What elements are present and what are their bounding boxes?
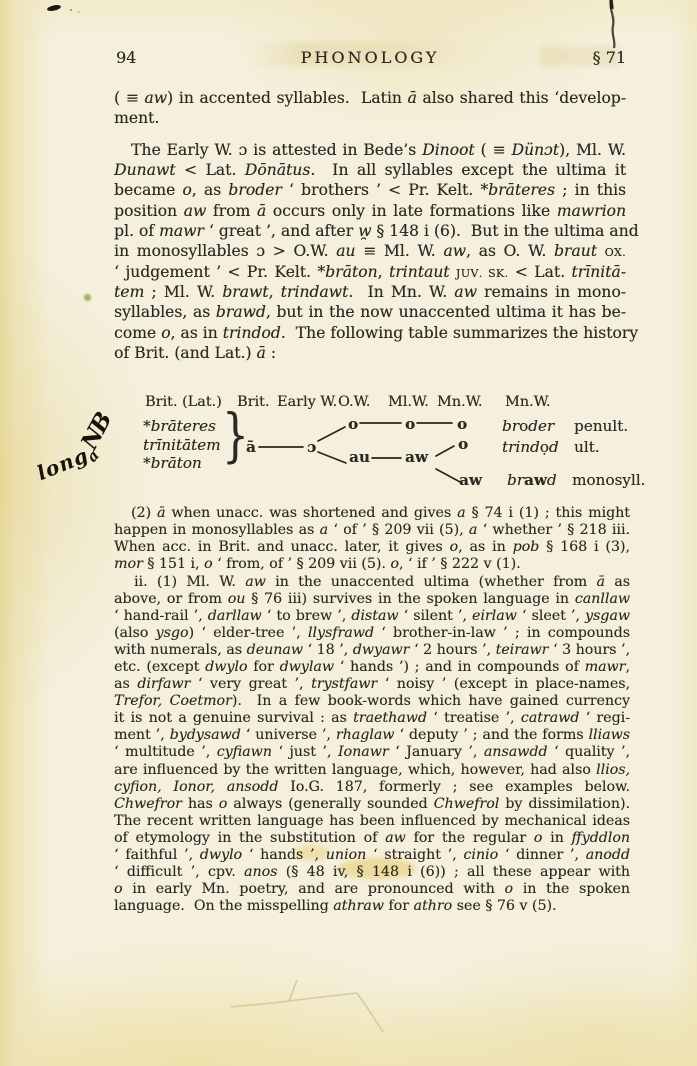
diagram-col-header: Ml.W. [388, 395, 429, 410]
text-line: mor § 151 i, o ‘ from, of ’ § 209 vii (5… [114, 556, 630, 573]
note-paragraph-2: (2) ā when unacc. was shortened and give… [114, 505, 630, 573]
text-line: with numerals, as deunaw ‘ 18 ’, dwyawr … [114, 642, 630, 659]
result-word: broder [502, 419, 554, 434]
running-title: PHONOLOGY [114, 48, 626, 67]
bottom-crease-mark [231, 980, 383, 1032]
node-early-o: ɔ [307, 440, 316, 455]
diagram-col-header: Mn.W. [505, 395, 550, 410]
text-line: Chwefror has o always (generally sounded… [114, 796, 630, 813]
text-line: o in early Mn. poetry, and are pronounce… [114, 881, 630, 898]
note-paragraph-ii: ii. (1) Ml. W. aw in the unaccented ulti… [114, 574, 630, 916]
text-line: in monosyllables ɔ > O.W. au ≡ Ml. W. aw… [114, 241, 626, 261]
text-line: ‘ judgement ’ < Pr. Kelt. *brāton, trint… [114, 262, 626, 282]
text-line: above, or from ou § 76 iii) survives in … [114, 591, 630, 608]
result-note: ult. [574, 440, 600, 455]
text-line: ‘ multitude ’, cyfiawn ‘ just ’, Ionawr … [114, 744, 630, 761]
result-note: penult. [574, 419, 628, 434]
text-line: ( ≡ aw) in accented syllables. Latin ā a… [114, 88, 626, 108]
diagram-col-header: Early W. [277, 395, 337, 410]
text-line: tem ; Ml. W. brawt, trindawt. In Mn. W. … [114, 282, 626, 302]
text-line: The recent written language has been inf… [114, 813, 630, 830]
node-mnw-aw: aw [459, 473, 482, 488]
text-line: ‘ faithful ’, dwylo ‘ hands ’, union ‘ s… [114, 847, 630, 864]
text-line: Trefor, Coetmor). In a few book-words wh… [114, 693, 630, 710]
ink-speck [78, 11, 80, 13]
sound-change-diagram: Brit. (Lat.) Brit. Early W. O.W. Ml.W. M… [0, 393, 697, 511]
main-paragraph-1: ( ≡ aw) in accented syllables. Latin ā a… [114, 88, 626, 129]
text-line: syllables, as brawd, but in the now unac… [114, 302, 626, 322]
text-line: cyfion, Ionor, ansodd Io.G. 187, formerl… [114, 779, 630, 796]
text-line: ment. [114, 108, 626, 128]
text-line: come o, as in trindod. The following tab… [114, 323, 626, 343]
diagram-col-header: Brit. (Lat.) [145, 395, 222, 410]
text-line: When acc. in Brit. and unacc. later, it … [114, 539, 630, 556]
text-line: etc. (except dwylo for dwylaw ‘ hands ’)… [114, 659, 630, 676]
text-line: ‘ hand-rail ’, darllaw ‘ to brew ’, dist… [114, 608, 630, 625]
text-line: as dirfawr ‘ very great ’, trystfawr ‘ n… [114, 676, 630, 693]
text-line: position aw from ā occurs only in late f… [114, 201, 626, 221]
node-ow-au: au [349, 450, 370, 465]
source-word: *brāteres [143, 419, 216, 434]
text-line: The Early W. ɔ is attested in Bede’s Din… [114, 140, 626, 160]
text-line: happen in monosyllables as a ‘ of ’ § 20… [114, 522, 630, 539]
text-line: are influenced by the written language, … [114, 762, 630, 779]
main-paragraph-2: The Early W. ɔ is attested in Bede’s Din… [114, 140, 626, 364]
crease-crack-mark [611, 0, 612, 9]
text-line: pl. of mawr ‘ great ’, and after w̯ § 14… [114, 221, 626, 241]
text-line: ‘ difficult ’, cpv. anos (§ 48 iv, § 148… [114, 864, 630, 881]
ink-speck [47, 4, 62, 12]
text-line: it is not a genuine survival : as traeth… [114, 710, 630, 727]
text-line: language. On the misspelling athraw for … [114, 898, 630, 915]
text-line: (2) ā when unacc. was shortened and give… [114, 505, 630, 522]
diagram-col-header: Mn.W. [437, 395, 482, 410]
diagram-col-header: O.W. [338, 395, 370, 410]
page-header: 94 PHONOLOGY § 71 [114, 48, 626, 70]
right-brace-glyph: } [222, 406, 249, 464]
node-mlw-aw: aw [405, 450, 428, 465]
text-line: ment ’, bydysawd ‘ universe ’, rhaglaw ‘… [114, 727, 630, 744]
source-word: trīnitātem [143, 438, 221, 453]
text-line: of etymology in the substitution of aw f… [114, 830, 630, 847]
node-ow-o: o [348, 417, 358, 432]
text-line: of Brit. (and Lat.) ā : [114, 343, 626, 363]
result-word: brawd [507, 473, 557, 488]
node-mnw-o2: o [458, 437, 468, 452]
text-line: ii. (1) Ml. W. aw in the unaccented ulti… [114, 574, 630, 591]
text-line: (also ysgo) ‘ elder-tree ’, llysfrawd ‘ … [114, 625, 630, 642]
book-page: 94 PHONOLOGY § 71 ( ≡ aw) in accented sy… [0, 0, 697, 1066]
text-line: Dunawt < Lat. Dōnātus. In all syllables … [114, 160, 626, 180]
section-ref: § 71 [593, 48, 626, 67]
ink-speck [70, 9, 72, 11]
result-word: trindọd [502, 440, 559, 455]
node-mlw-o: o [405, 417, 415, 432]
crease-crack-mark [611, 0, 615, 48]
node-brit-a: ā [246, 440, 256, 455]
text-line: became o, as broder ‘ brothers ’ < Pr. K… [114, 180, 626, 200]
source-word: *brāton [143, 456, 202, 471]
result-note: monosyll. [572, 473, 645, 488]
paper-stain [84, 294, 91, 301]
node-mnw-o: o [457, 417, 467, 432]
